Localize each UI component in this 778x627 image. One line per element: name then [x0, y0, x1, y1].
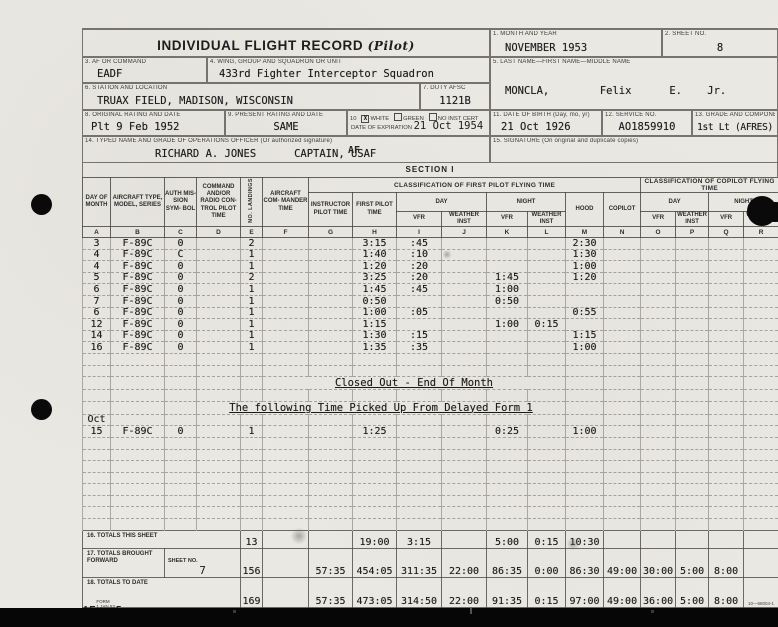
cell-D: [197, 390, 241, 402]
cell-M: 0:55: [566, 307, 604, 319]
cell-K: [487, 261, 528, 273]
cell-F: [263, 261, 309, 273]
cell-N: [604, 249, 641, 261]
col-header-J: WEATHER INST: [442, 211, 487, 226]
table-row: 15F-89C011:250:251:00: [83, 426, 778, 438]
cell-L: [528, 437, 566, 449]
cell-E: 1: [241, 319, 263, 331]
cell-A: [83, 484, 111, 496]
cell-B: [111, 449, 165, 461]
cell-C: [165, 472, 197, 484]
cell-P: [676, 319, 709, 331]
cell-J: [442, 484, 487, 496]
cell-B: [111, 365, 165, 377]
cell-Q: [709, 414, 744, 426]
cell-K: [487, 249, 528, 261]
cell-B: F-89C: [111, 261, 165, 273]
table-row: [83, 353, 778, 365]
col-header-Q: VFR: [709, 211, 744, 226]
cell-H: [353, 461, 397, 473]
cell-H: [353, 353, 397, 365]
total-cell-K: 86:35: [487, 548, 528, 577]
cell-P: [676, 426, 709, 438]
cell-G: [309, 484, 353, 496]
cell-L: [528, 507, 566, 519]
col-letter-H: H: [353, 227, 397, 238]
cell-C: 0: [165, 295, 197, 307]
field-instrument-card: 10XWHITEGREENNO INST CERT DATE OF EXPIRA…: [347, 110, 490, 136]
col-letter-N: N: [604, 227, 641, 238]
cell-K: [487, 353, 528, 365]
cell-H: 3:15: [353, 238, 397, 250]
cell-D: [197, 307, 241, 319]
table-row: [83, 484, 778, 496]
cell-B: [111, 353, 165, 365]
cell-R: [744, 353, 778, 365]
cell-A: 6: [83, 284, 111, 296]
cell-Q: [709, 295, 744, 307]
table-row: 4F-89C011:20:201:00: [83, 261, 778, 273]
cell-P: [676, 495, 709, 507]
cell-G: [309, 330, 353, 342]
cell-P: [676, 238, 709, 250]
cell-G: [309, 426, 353, 438]
cell-G: [309, 261, 353, 273]
cell-P: [676, 472, 709, 484]
table-row: Oct: [83, 414, 778, 426]
cell-F: [263, 295, 309, 307]
table-row: 3F-89C023:15:452:30: [83, 238, 778, 250]
cell-G: [309, 238, 353, 250]
cell-M: [566, 284, 604, 296]
cell-E: 2: [241, 238, 263, 250]
cell-L: [528, 484, 566, 496]
total-cell-M: 86:30: [566, 548, 604, 577]
table-row: [83, 495, 778, 507]
cell-H: [353, 390, 397, 402]
cell-O: [641, 261, 676, 273]
cell-D: [197, 342, 241, 354]
cell-Q: [709, 390, 744, 402]
cell-B: [111, 472, 165, 484]
cell-D: [197, 238, 241, 250]
cell-O: [641, 249, 676, 261]
cell-A: [83, 495, 111, 507]
cell-B: F-89C: [111, 249, 165, 261]
cell-P: [676, 519, 709, 531]
total-cell-G: 57:35: [309, 548, 353, 577]
cell-C: 0: [165, 284, 197, 296]
cell-I: [397, 353, 442, 365]
cell-K: 0:50: [487, 295, 528, 307]
col-header-B: AIRCRAFT TYPE, MODEL, SERIES: [111, 178, 165, 227]
cell-R: [744, 461, 778, 473]
scanned-flight-record-form: INDIVIDUAL FLIGHT RECORD (Pilot) 1. MONT…: [0, 0, 778, 627]
cell-D: [197, 437, 241, 449]
copilot-banner: CLASSIFICATION OF COPILOT FLYING TIME: [641, 178, 778, 193]
cell-N: [604, 272, 641, 284]
field-signature: 15. SIGNATURE (On original and duplicate…: [490, 136, 778, 163]
cell-D: [197, 426, 241, 438]
table-row: 16F-89C011:35:351:00: [83, 342, 778, 354]
cell-K: [487, 507, 528, 519]
cell-E: [241, 449, 263, 461]
cell-A: [83, 390, 111, 402]
cell-M: [566, 449, 604, 461]
cell-E: 1: [241, 261, 263, 273]
cell-P: [676, 330, 709, 342]
table-row: [83, 461, 778, 473]
cell-A: 12: [83, 319, 111, 331]
cell-G: [309, 495, 353, 507]
field-name: 5. LAST NAME—FIRST NAME—MIDDLE NAME MONC…: [490, 57, 778, 110]
cell-Q: [709, 365, 744, 377]
cell-J: [442, 426, 487, 438]
cell-Q: [709, 238, 744, 250]
cell-C: [165, 353, 197, 365]
cell-F: [263, 284, 309, 296]
cell-O: [641, 365, 676, 377]
cell-O: [641, 342, 676, 354]
cell-L: [528, 295, 566, 307]
cell-B: [111, 495, 165, 507]
cell-I: [397, 507, 442, 519]
cell-G: [309, 519, 353, 531]
cell-N: [604, 519, 641, 531]
cell-J: [442, 365, 487, 377]
cell-H: 0:50: [353, 295, 397, 307]
col-letter-R: R: [744, 227, 778, 238]
cell-G: [309, 307, 353, 319]
cell-A: [83, 472, 111, 484]
total-cell-O: 30:00: [641, 548, 676, 577]
cell-M: 2:30: [566, 238, 604, 250]
cell-M: [566, 353, 604, 365]
cell-G: [309, 342, 353, 354]
cell-E: [241, 414, 263, 426]
cell-P: [676, 365, 709, 377]
cell-O: [641, 414, 676, 426]
cell-P: [676, 484, 709, 496]
cell-E: [241, 365, 263, 377]
flight-log-table: DAY OF MONTHAIRCRAFT TYPE, MODEL, SERIES…: [82, 177, 778, 608]
cell-H: [353, 414, 397, 426]
cell-L: [528, 284, 566, 296]
stray-typed-mark: AF: [348, 145, 360, 156]
cell-Q: [709, 307, 744, 319]
cell-I: [397, 461, 442, 473]
cell-N: [604, 319, 641, 331]
annotation-row: Closed Out - End Of Month: [83, 377, 778, 390]
cell-R: [744, 261, 778, 273]
cell-A: 15: [83, 426, 111, 438]
table-row: [83, 507, 778, 519]
cell-J: [442, 295, 487, 307]
cell-H: 1:30: [353, 330, 397, 342]
cell-K: [487, 519, 528, 531]
cell-O: [641, 519, 676, 531]
cell-I: [397, 484, 442, 496]
cell-P: [676, 261, 709, 273]
first-pilot-banner: CLASSIFICATION OF FIRST PILOT FLYING TIM…: [309, 178, 641, 193]
field-unit: 4. WING, GROUP AND SQUADRON OR UNIT 433r…: [207, 57, 490, 83]
total-cell-I: 3:15: [397, 530, 442, 548]
cell-F: [263, 353, 309, 365]
cell-O: [641, 319, 676, 331]
cell-N: [604, 284, 641, 296]
cell-G: [309, 295, 353, 307]
cell-P: [676, 449, 709, 461]
cell-M: [566, 365, 604, 377]
total-cell-R: [744, 530, 778, 548]
cell-J: [442, 330, 487, 342]
field-date-of-birth: 11. DATE OF BIRTH (Day, mo, yr) 21 Oct 1…: [490, 110, 602, 136]
totals-brought-forward-row: 17. TOTALS BROUGHT FORWARDSHEET NO.71565…: [83, 548, 778, 577]
cell-I: :15: [397, 330, 442, 342]
field-operations-officer: 14. TYPED NAME AND GRADE OF OPERATIONS O…: [82, 136, 490, 163]
cell-Q: [709, 519, 744, 531]
cell-K: 1:00: [487, 284, 528, 296]
cell-K: [487, 238, 528, 250]
cell-J: [442, 437, 487, 449]
cell-I: :45: [397, 284, 442, 296]
cell-N: [604, 437, 641, 449]
cell-D: [197, 365, 241, 377]
cell-A: 16: [83, 342, 111, 354]
cell-N: [604, 390, 641, 402]
cell-R: [744, 238, 778, 250]
cell-R: [744, 307, 778, 319]
cell-E: [241, 472, 263, 484]
cell-K: [487, 390, 528, 402]
cell-K: [487, 495, 528, 507]
field-month-year: 1. MONTH AND YEAR NOVEMBER 1953: [490, 28, 662, 57]
cell-J: [442, 342, 487, 354]
col-header-E: NO. LANDINGS: [241, 178, 263, 227]
cell-O: [641, 437, 676, 449]
cell-B: F-89C: [111, 284, 165, 296]
cell-R: [744, 414, 778, 426]
cell-R: [744, 426, 778, 438]
cell-C: [165, 365, 197, 377]
cell-H: 1:15: [353, 319, 397, 331]
cell-K: 0:25: [487, 426, 528, 438]
cell-C: [165, 519, 197, 531]
cell-A: [83, 461, 111, 473]
cell-K: [487, 330, 528, 342]
total-cell-L: 0:00: [528, 548, 566, 577]
cell-E: [241, 353, 263, 365]
cell-B: F-89C: [111, 295, 165, 307]
cell-Q: [709, 449, 744, 461]
cell-H: 1:35: [353, 342, 397, 354]
col-letter-J: J: [442, 227, 487, 238]
group-day-copilot: DAY: [641, 193, 709, 212]
annotation: Closed Out - End Of Month: [263, 377, 566, 390]
cell-J: [442, 414, 487, 426]
col-letter-B: B: [111, 227, 165, 238]
cell-P: [676, 272, 709, 284]
cell-F: [263, 495, 309, 507]
cell-L: [528, 307, 566, 319]
cell-N: [604, 365, 641, 377]
cell-D: [197, 284, 241, 296]
cell-H: [353, 437, 397, 449]
cell-N: [604, 330, 641, 342]
cell-C: C: [165, 249, 197, 261]
cell-R: [744, 330, 778, 342]
cell-K: 1:00: [487, 319, 528, 331]
table-row: 6F-89C011:00:050:55: [83, 307, 778, 319]
cell-E: 2: [241, 272, 263, 284]
scan-smudge: [442, 250, 452, 259]
total-cell-Q: 8:00: [709, 548, 744, 577]
cell-H: [353, 472, 397, 484]
cell-A: 4: [83, 261, 111, 273]
cell-P: [676, 342, 709, 354]
cell-J: [442, 472, 487, 484]
cell-D: [197, 519, 241, 531]
table-row: [83, 390, 778, 402]
col-letter-K: K: [487, 227, 528, 238]
cell-M: [566, 437, 604, 449]
cell-D: [197, 295, 241, 307]
cell-O: [641, 449, 676, 461]
cell-P: [676, 249, 709, 261]
cell-L: [528, 495, 566, 507]
totals-this-sheet-row: 16. TOTALS THIS SHEET1319:003:155:000:15…: [83, 530, 778, 548]
cell-Q: [709, 426, 744, 438]
col-header-G: INSTRUCTOR PILOT TIME: [309, 193, 353, 227]
cell-H: [353, 507, 397, 519]
cell-B: [111, 507, 165, 519]
cell-I: :10: [397, 249, 442, 261]
field-original-rating: 8. ORIGINAL RATING AND DATE Plt 9 Feb 19…: [82, 110, 225, 136]
col-letter-P: P: [676, 227, 709, 238]
page-title: INDIVIDUAL FLIGHT RECORD (Pilot): [83, 38, 489, 53]
cell-M: 1:00: [566, 342, 604, 354]
cell-O: [641, 284, 676, 296]
cell-O: [641, 353, 676, 365]
form-title-box: INDIVIDUAL FLIGHT RECORD (Pilot): [82, 28, 490, 57]
cell-J: [442, 519, 487, 531]
cell-F: [263, 472, 309, 484]
cell-J: [442, 261, 487, 273]
cell-C: [165, 484, 197, 496]
cell-G: [309, 365, 353, 377]
cell-G: [309, 507, 353, 519]
cell-K: [487, 484, 528, 496]
cell-N: [604, 261, 641, 273]
cell-O: [641, 238, 676, 250]
cell-P: [676, 390, 709, 402]
cell-R: [744, 295, 778, 307]
cell-I: [397, 437, 442, 449]
cell-N: [604, 461, 641, 473]
cell-O: [641, 472, 676, 484]
punch-hole-left-top: [31, 194, 52, 215]
col-letter-F: F: [263, 227, 309, 238]
field-service-no: 12. SERVICE NO. AO1859910: [602, 110, 692, 136]
table-row: [83, 519, 778, 531]
col-header-P: WEATHER INST: [676, 211, 709, 226]
cell-E: 1: [241, 249, 263, 261]
cell-J: [442, 307, 487, 319]
cell-G: [309, 272, 353, 284]
cell-H: 1:45: [353, 284, 397, 296]
cell-E: [241, 519, 263, 531]
total-cell-G: [309, 530, 353, 548]
cell-G: [309, 414, 353, 426]
cell-C: 0: [165, 330, 197, 342]
total-cell-O: [641, 530, 676, 548]
cell-B: F-89C: [111, 342, 165, 354]
cell-C: 0: [165, 307, 197, 319]
cell-H: [353, 495, 397, 507]
field-sheet-no: 2. SHEET NO. 8: [662, 28, 778, 57]
cell-O: [641, 426, 676, 438]
cell-R: [744, 390, 778, 402]
film-edge-bar: [0, 608, 778, 627]
cell-F: [263, 484, 309, 496]
cell-L: [528, 272, 566, 284]
cell-F: [263, 365, 309, 377]
col-header-M: HOOD: [566, 193, 604, 227]
cell-R: [744, 319, 778, 331]
total-cell-I: 311:35: [397, 548, 442, 577]
cell-J: [442, 284, 487, 296]
total-cell-F: [263, 548, 309, 577]
cell-F: [263, 390, 309, 402]
cell-M: [566, 295, 604, 307]
cell-J: [442, 353, 487, 365]
total-cell-N: 49:00: [604, 548, 641, 577]
cell-F: [263, 426, 309, 438]
cell-F: [263, 414, 309, 426]
total-cell-K: 5:00: [487, 530, 528, 548]
cell-L: [528, 353, 566, 365]
cell-E: 1: [241, 307, 263, 319]
total-cell-E: 13: [241, 530, 263, 548]
cell-L: [528, 261, 566, 273]
field-grade-component: 13. GRADE AND COMPONENT 1st Lt (AFRES): [692, 110, 778, 136]
cell-B: F-89C: [111, 238, 165, 250]
cell-K: [487, 342, 528, 354]
cell-L: [528, 249, 566, 261]
totals-brought-forward-label: 17. TOTALS BROUGHT FORWARD: [83, 548, 165, 577]
cell-R: [744, 437, 778, 449]
table-row: 6F-89C011:45:451:00: [83, 284, 778, 296]
col-header-I: VFR: [397, 211, 442, 226]
cell-C: 0: [165, 272, 197, 284]
cell-L: [528, 365, 566, 377]
cell-G: [309, 284, 353, 296]
cell-M: [566, 414, 604, 426]
cell-I: [397, 414, 442, 426]
cell-Q: [709, 461, 744, 473]
col-letter-D: D: [197, 227, 241, 238]
cell-B: F-89C: [111, 330, 165, 342]
cell-C: [165, 414, 197, 426]
section-heading: SECTION I: [82, 163, 778, 177]
cell-M: 1:15: [566, 330, 604, 342]
cell-M: [566, 484, 604, 496]
cell-F: [263, 238, 309, 250]
total-cell-J: [442, 530, 487, 548]
scan-smudge: [566, 538, 580, 550]
cell-C: [165, 461, 197, 473]
cell-E: 1: [241, 295, 263, 307]
